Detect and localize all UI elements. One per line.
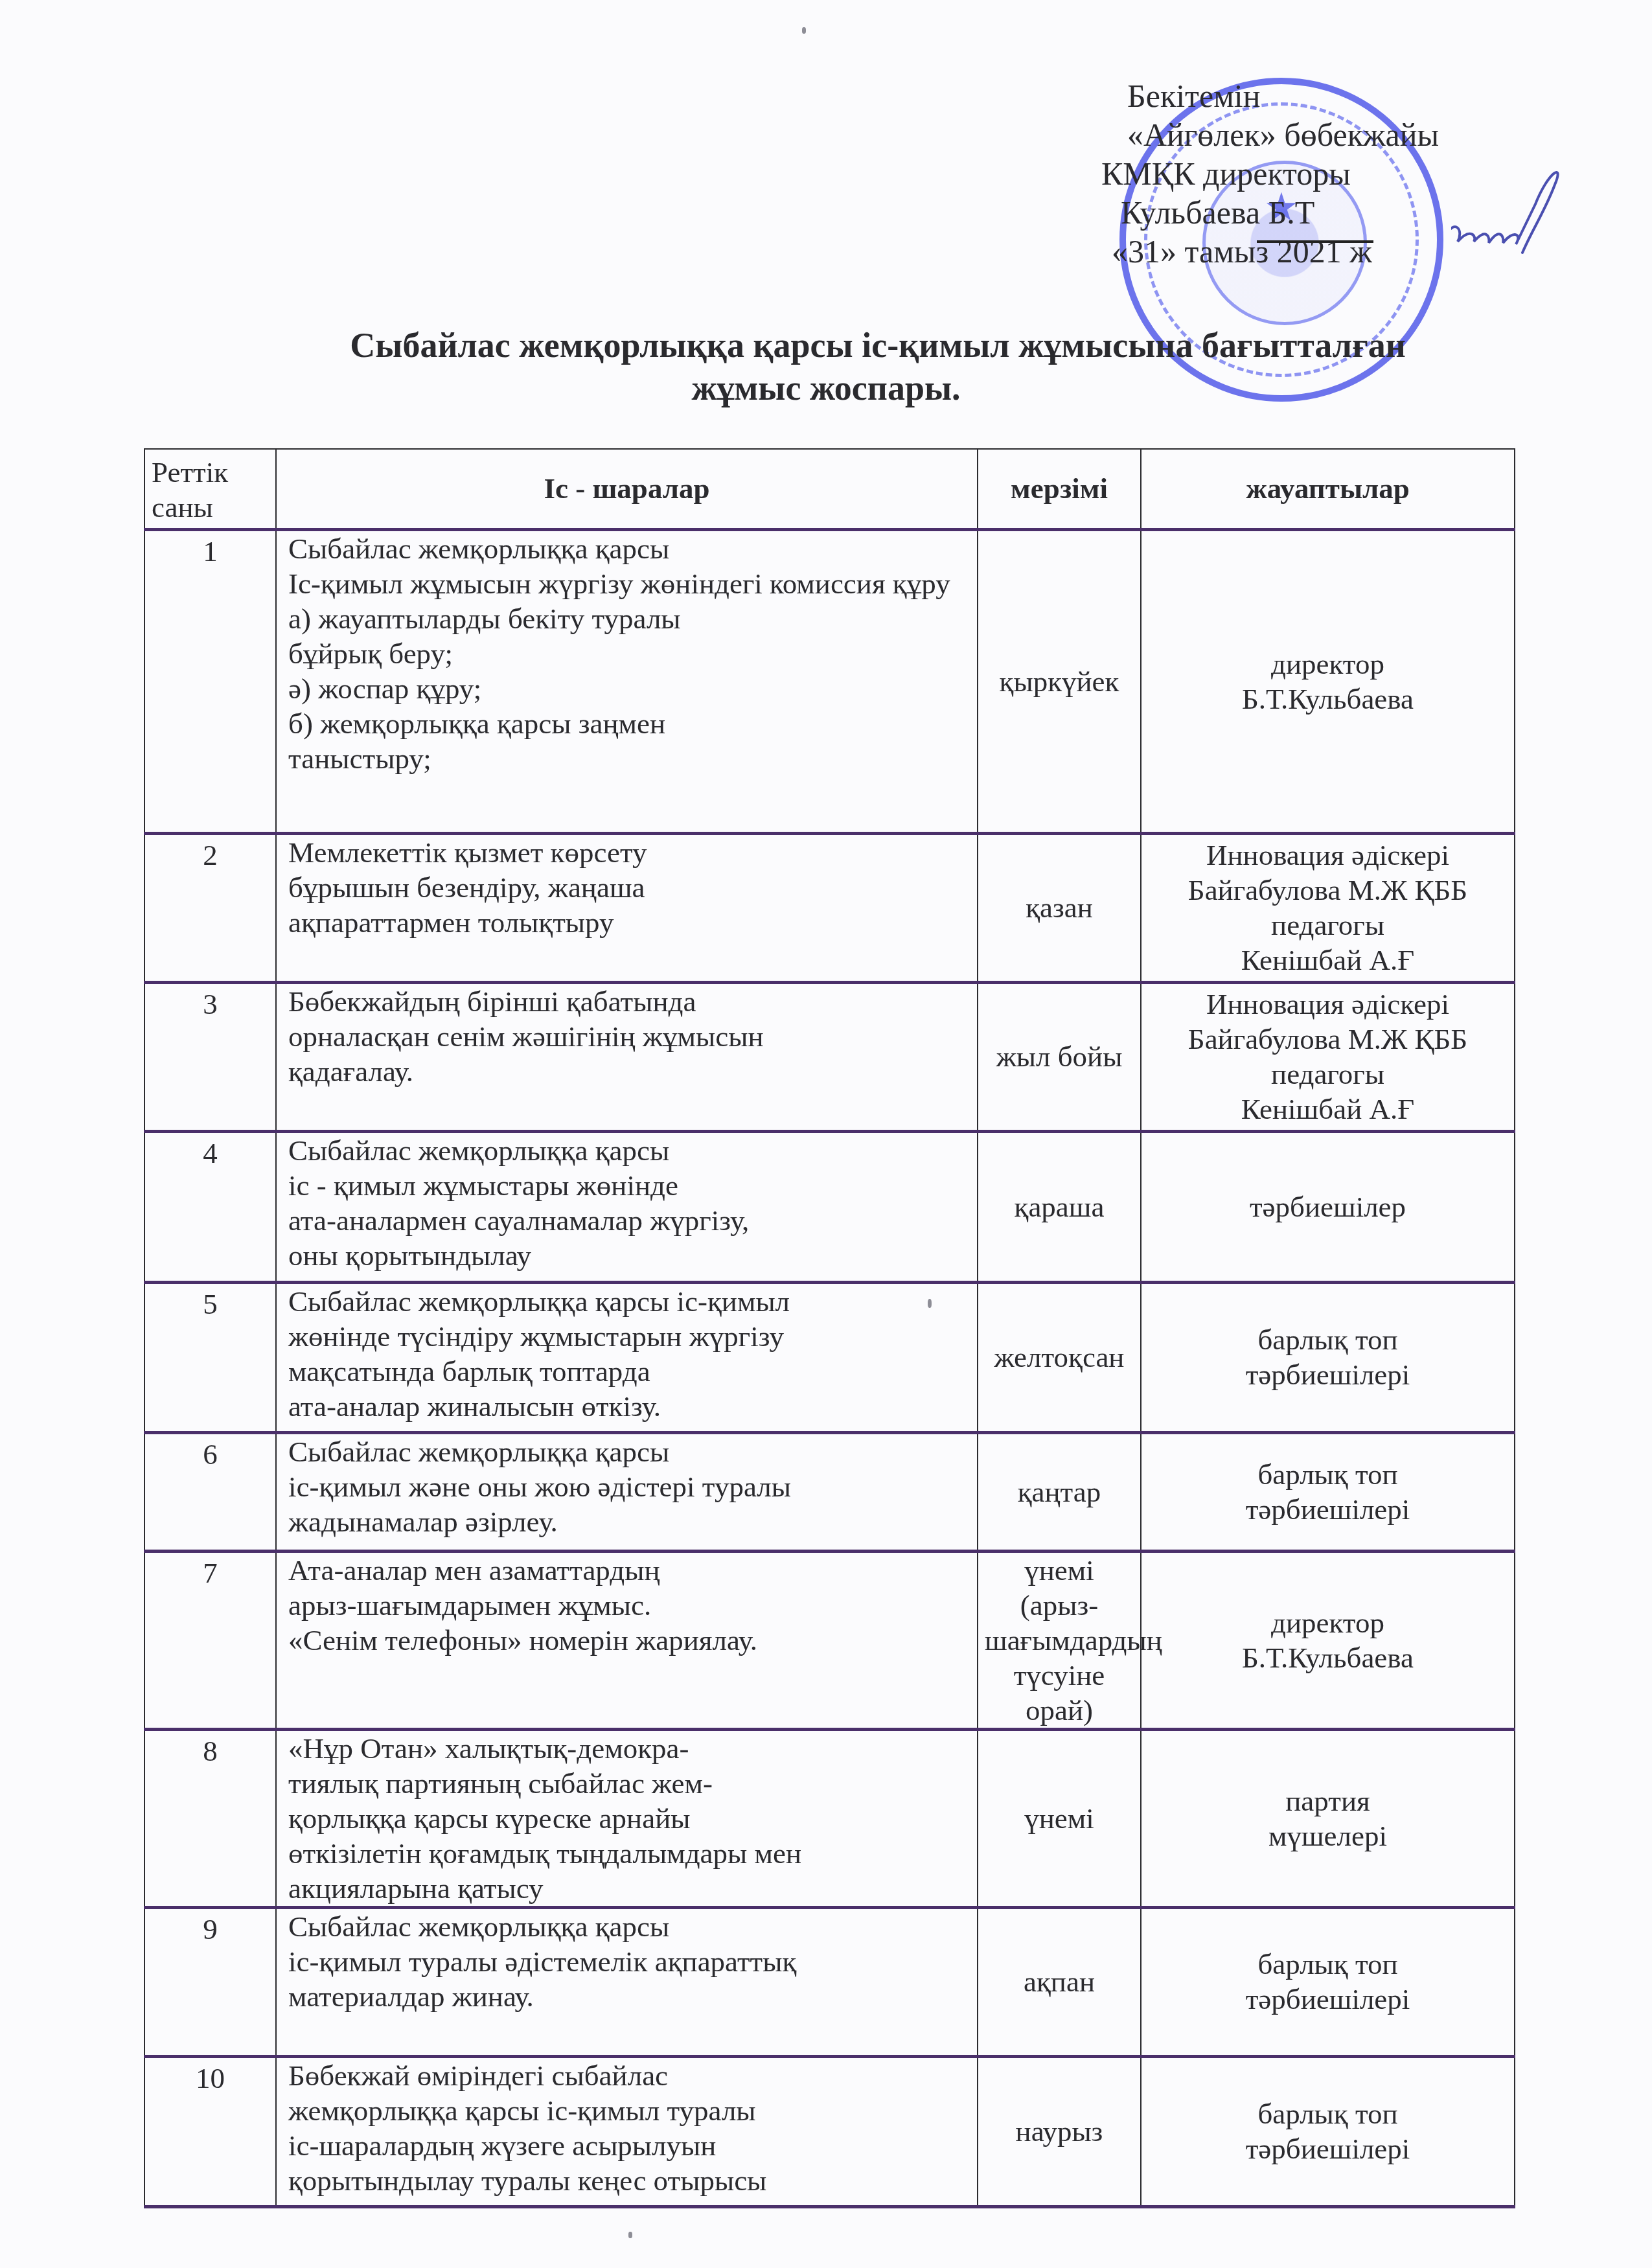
responsible-cell: директор Б.Т.Кульбаева	[1141, 1551, 1515, 1729]
row-number: 1	[144, 529, 276, 833]
responsible-cell: барлық топ тәрбиешілері	[1141, 1432, 1515, 1551]
activity-cell: Сыбайлас жемқорлыққа қарсы іс-қимыл және…	[276, 1432, 978, 1551]
header-term: мерзімі	[978, 449, 1141, 529]
table-row: 5Сыбайлас жемқорлыққа қарсы іс-қимыл жөн…	[144, 1282, 1515, 1432]
table-row: 3Бөбекжайдың бірінші қабатында орналасқа…	[144, 982, 1515, 1131]
activity-cell: «Нұр Отан» халықтық-демокра- тиялық парт…	[276, 1729, 978, 1907]
row-number: 2	[144, 833, 276, 982]
term-cell: үнемі	[978, 1729, 1141, 1907]
row-number: 7	[144, 1551, 276, 1729]
responsible-cell: барлық топ тәрбиешілері	[1141, 1907, 1515, 2056]
row-number: 10	[144, 2056, 276, 2206]
document-title: Сыбайлас жемқорлыққа қарсы іс-қимыл жұмы…	[0, 324, 1652, 409]
responsible-cell: тәрбиешілер	[1141, 1131, 1515, 1282]
scan-speck	[628, 2232, 632, 2238]
scan-speck	[802, 27, 806, 34]
table-row: 4Сыбайлас жемқорлыққа қарсы іс - қимыл ж…	[144, 1131, 1515, 1282]
row-number: 5	[144, 1282, 276, 1432]
table-row: 10 Бөбекжай өміріндегі сыбайлас жемқорлы…	[144, 2056, 1515, 2206]
activity-cell: Бөбекжайдың бірінші қабатында орналасқан…	[276, 982, 978, 1131]
handwritten-signature-icon	[1451, 165, 1581, 256]
approval-institution: «Айгөлек» бөбекжайы	[1101, 115, 1555, 154]
activity-cell: Сыбайлас жемқорлыққа қарсы іс-қимыл тура…	[276, 1907, 978, 2056]
table-header-row: Реттік саны Іс - шаралар мерзімі жауапты…	[144, 449, 1515, 529]
responsible-cell: Инновация әдіскері Байгабулова М.Ж ҚББ п…	[1141, 833, 1515, 982]
row-number: 3	[144, 982, 276, 1131]
term-cell: желтоқсан	[978, 1282, 1141, 1432]
header-num: Реттік саны	[144, 449, 276, 529]
table-row: 9Сыбайлас жемқорлыққа қарсы іс-қимыл тур…	[144, 1907, 1515, 2056]
term-cell: жыл бойы	[978, 982, 1141, 1131]
term-cell: ақпан	[978, 1907, 1141, 2056]
term-cell: қыркүйек	[978, 529, 1141, 833]
term-cell: наурыз	[978, 2056, 1141, 2206]
term-cell: қараша	[978, 1131, 1141, 1282]
table-row: 1Сыбайлас жемқорлыққа қарсы Іс-қимыл жұм…	[144, 529, 1515, 833]
term-cell: үнемі (арыз- шағымдардың түсуіне орай)	[978, 1551, 1141, 1729]
table-row: 6Сыбайлас жемқорлыққа қарсы іс-қимыл жән…	[144, 1432, 1515, 1551]
table-row: 2Мемлекеттік қызмет көрсету бұрышын безе…	[144, 833, 1515, 982]
signature-line	[1257, 240, 1373, 243]
scan-speck	[928, 1299, 932, 1308]
term-cell: қазан	[978, 833, 1141, 982]
responsible-cell: партия мүшелері	[1141, 1729, 1515, 1907]
title-line-1: Сыбайлас жемқорлыққа қарсы іс-қимыл жұмы…	[0, 324, 1652, 367]
responsible-cell: барлық топ тәрбиешілері	[1141, 1282, 1515, 1432]
responsible-cell: барлық топ тәрбиешілері	[1141, 2056, 1515, 2206]
activity-cell: Сыбайлас жемқорлыққа қарсы іс - қимыл жұ…	[276, 1131, 978, 1282]
row-number: 4	[144, 1131, 276, 1282]
header-activity: Іс - шаралар	[276, 449, 978, 529]
table-row: 7Ата-аналар мен азаматтардың арыз-шағымд…	[144, 1551, 1515, 1729]
term-cell: қаңтар	[978, 1432, 1141, 1551]
work-plan-table: Реттік саны Іс - шаралар мерзімі жауапты…	[144, 448, 1515, 2208]
row-number: 9	[144, 1907, 276, 2056]
row-number: 6	[144, 1432, 276, 1551]
activity-cell: Сыбайлас жемқорлыққа қарсы Іс-қимыл жұмы…	[276, 529, 978, 833]
responsible-cell: Инновация әдіскері Байгабулова М.Ж ҚББ п…	[1141, 982, 1515, 1131]
activity-cell: Мемлекеттік қызмет көрсету бұрышын безен…	[276, 833, 978, 982]
row-number: 8	[144, 1729, 276, 1907]
activity-cell: Бөбекжай өміріндегі сыбайлас жемқорлыққа…	[276, 2056, 978, 2206]
activity-cell: Сыбайлас жемқорлыққа қарсы іс-қимыл жөні…	[276, 1282, 978, 1432]
header-responsible: жауаптылар	[1141, 449, 1515, 529]
table-row: 8«Нұр Отан» халықтық-демокра- тиялық пар…	[144, 1729, 1515, 1907]
responsible-cell: директор Б.Т.Кульбаева	[1141, 529, 1515, 833]
title-line-2: жұмыс жоспары.	[0, 367, 1652, 409]
activity-cell: Ата-аналар мен азаматтардың арыз-шағымда…	[276, 1551, 978, 1729]
approval-heading: Бекітемін	[1101, 76, 1555, 115]
